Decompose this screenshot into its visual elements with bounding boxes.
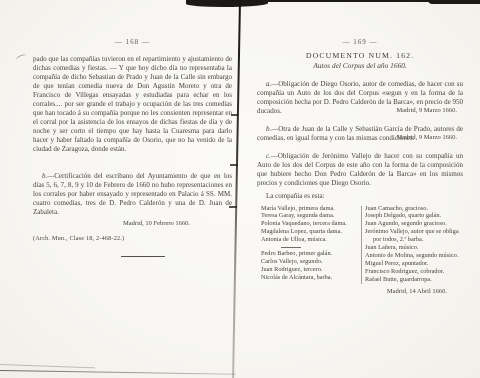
cast-member: Teresa Garay, segunda dama. [261,212,359,220]
cast-list: María Vallejo, primera dama. Teresa Gara… [257,205,463,284]
dateline: Madrid, 10 Febrero 1660. [33,220,232,229]
page-number-left: — 168 — [33,38,232,46]
page-curl-line [0,370,236,375]
cast-group-rule [281,247,301,248]
cast-member: Juan Camacho, gracioso. [365,205,463,213]
cast-column-divider [361,206,362,284]
page-gutter-line [232,0,240,378]
cast-member: Antonia de Ulloa, música. [261,236,359,244]
margin-mark [15,53,27,63]
cast-member: Jerónimo Vallejo, autor que se obliga po… [365,228,463,244]
cast-member: Juan Agundo, segundo gracioso. [365,220,463,228]
cast-member: Juan Rodriguez, tercero. [261,266,359,274]
cast-member: Pedro Barbeo, primer galán. [261,250,359,258]
cast-member: Carlos Vallejo, segundo. [261,258,359,266]
right-page: — 169 — DOCUMENTO NUM. 162. Autos del Co… [257,38,463,297]
dateline-final: Madrid, 14 Abril 1660. [257,288,463,297]
cast-member: Magdalena Lopez, quarta dama. [261,228,359,236]
left-page: — 168 — pado que las compañías tuvieron … [33,38,232,257]
cast-member: Rafael Butte, guardarropa. [365,276,463,284]
cast-column-left: María Vallejo, primera dama. Teresa Gara… [257,205,359,284]
cast-member: Francisco Rodriguez, cobrador. [365,268,463,276]
paragraph-b-certification: b.—Certificación del escribano del Ayunt… [33,172,232,217]
cast-column-right: Juan Camacho, gracioso. Joseph Delgado, … [365,205,463,284]
book-scan: — 168 — pado que las compañías tuvieron … [0,0,480,378]
paragraph-text: —Certificación del escribano del Ayuntam… [33,172,232,216]
cast-member: Antonio de Molina, segundo músico. [365,252,463,260]
document-subtitle: Autos del Corpus del año 1660. [257,61,463,71]
gutter-stitch-mark [231,114,239,116]
page-curl-line [0,364,95,368]
section-end-rule [121,256,165,257]
dateline: Madrid, 9 Marzo 1660. [257,107,463,116]
scan-edge-blob [186,0,268,7]
scan-edge-corner [428,0,480,4]
cast-member: Miguel Perez, apuntador. [365,260,463,268]
company-intro: La compañía es esta: [257,192,463,201]
paragraph-continuation: pado que las compañías tuvieron en el re… [33,55,232,153]
cast-member: Nicolás de Alcántara, barba. [261,274,359,282]
page-number-right: — 169 — [257,38,463,46]
cast-member: Juan Lañera, músico. [365,244,463,252]
section-c: c.—Obligación de Jerónimo Vallejo de hac… [257,152,463,188]
section-text: —Obligación de Jerónimo Vallejo de hacer… [257,152,463,187]
cast-member: María Vallejo, primera dama. [261,205,359,213]
cast-member: Joseph Delgado, quarto galán. [365,212,463,220]
archive-reference: (Arch. Mun., Clase 18, 2-468-22.) [33,235,232,244]
document-heading: DOCUMENTO NUM. 162. [257,51,463,61]
cast-member: Polonia Vaquedano, tercera dama. [261,220,359,228]
